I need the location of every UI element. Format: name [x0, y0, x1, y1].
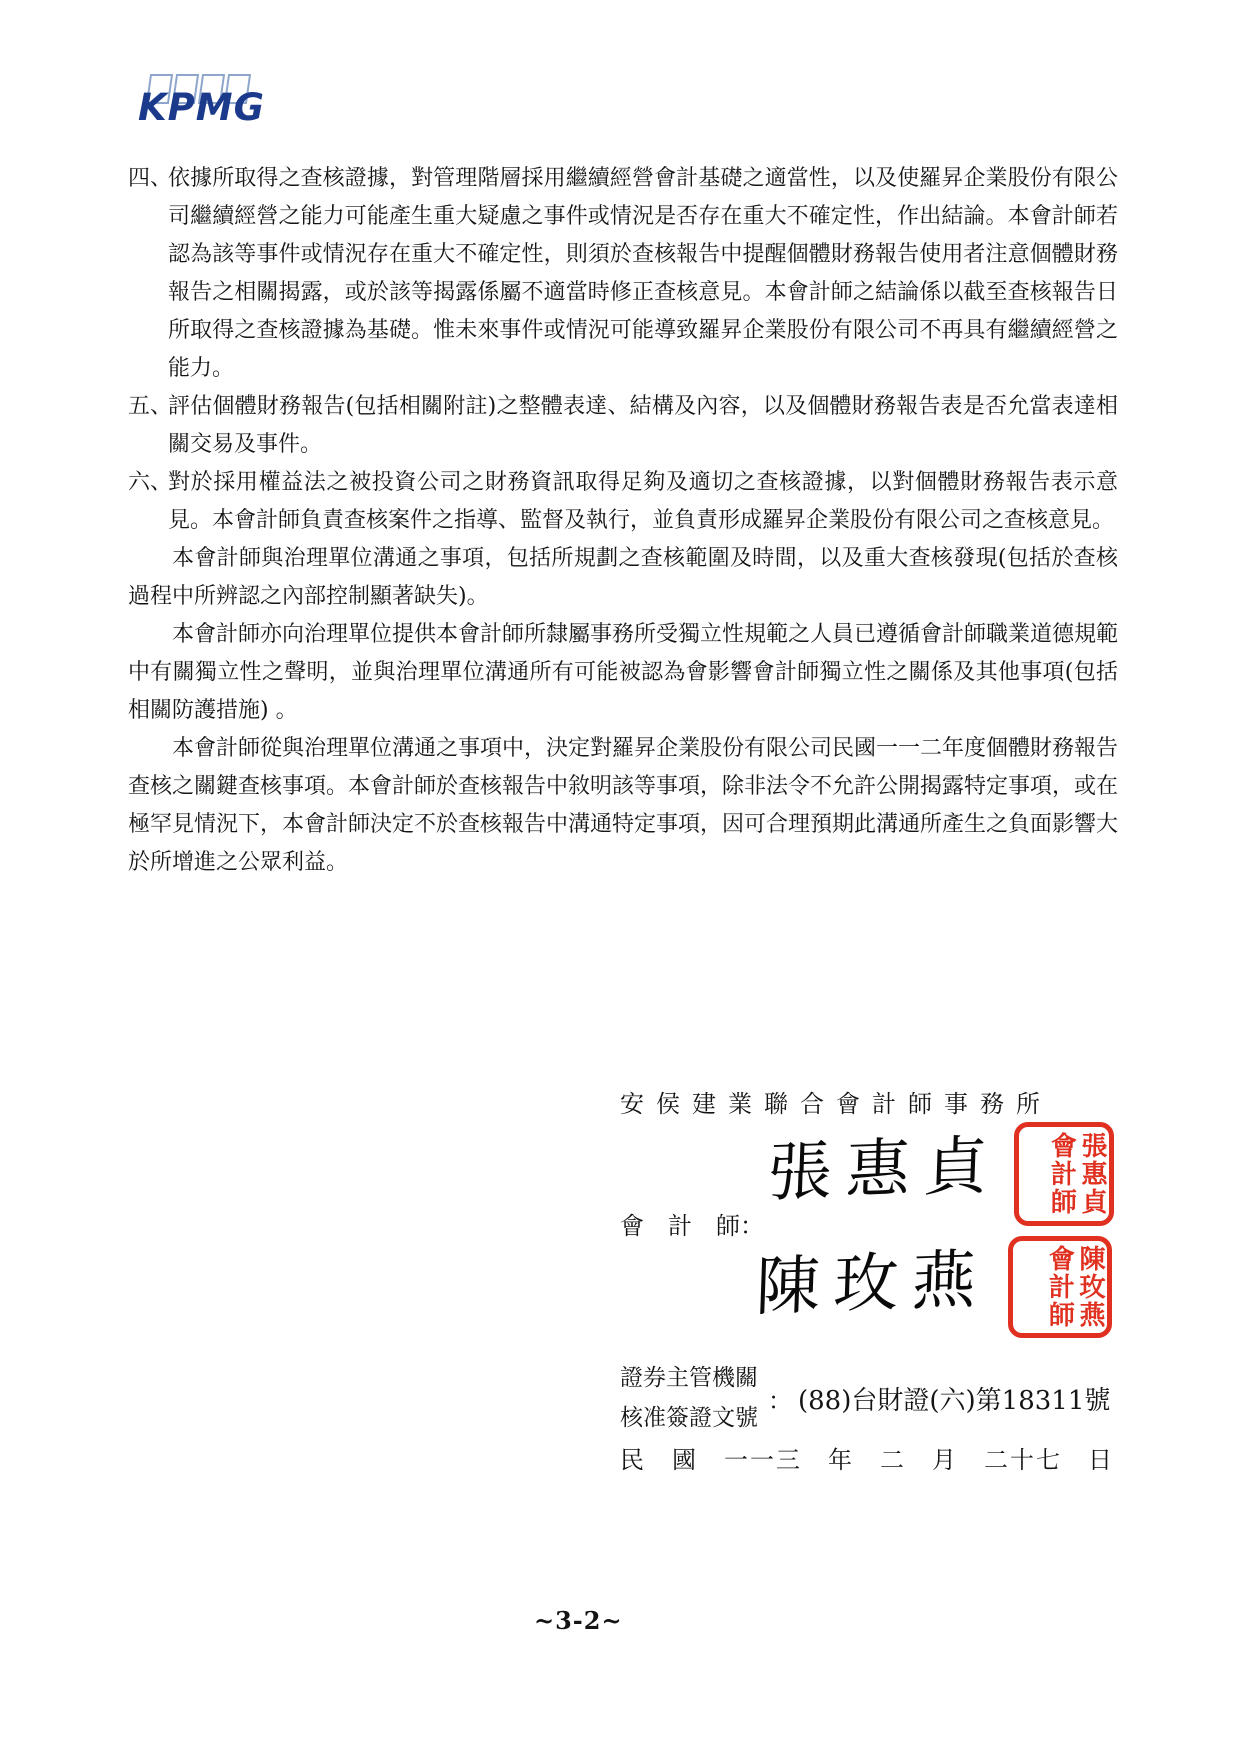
item-text: 對於採用權益法之被投資公司之財務資訊取得足夠及適切之查核證據，以對個體財務報告表… [168, 470, 1118, 533]
report-date: 民 國 一一三 年 二 月 二十七 日 [620, 1440, 1114, 1475]
signature-handwritten-1: 張惠貞 [766, 1114, 1003, 1214]
numbered-item-4: 四、 依據所取得之查核證據，對管理階層採用繼續經營會計基礎之適當性，以及使羅昇企… [128, 160, 1118, 388]
regulator-approval-label: 證券主管機關 核准簽證文號 [620, 1358, 758, 1438]
item-text: 評估個體財務報告(包括相關附註)之整體表達、結構及內容，以及個體財務報告表是否允… [168, 394, 1118, 457]
numbered-item-5: 五、 評估個體財務報告(包括相關附註)之整體表達、結構及內容，以及個體財務報告表… [128, 388, 1118, 464]
item-number: 六、 [128, 464, 172, 502]
red-seal-stamp-1: 張惠貞會計師 [1014, 1122, 1114, 1226]
approval-document-number: (88)台財證(六)第18311號 [798, 1380, 1110, 1417]
regulator-approval-row: 證券主管機關 核准簽證文號 ： (88)台財證(六)第18311號 [620, 1358, 1110, 1438]
item-number: 五、 [128, 388, 172, 426]
page-number: ~3-2~ [534, 1606, 623, 1635]
kpmg-logo: KPMG [138, 72, 318, 132]
paragraph-independence-statement: 本會計師亦向治理單位提供本會計師所隸屬事務所受獨立性規範之人員已遵循會計師職業道… [128, 616, 1118, 730]
regulator-label-line1: 證券主管機關 [620, 1358, 758, 1398]
kpmg-logo-text: KPMG [138, 86, 265, 129]
paragraph-governance-communication: 本會計師與治理單位溝通之事項，包括所規劃之查核範圍及時間，以及重大查核發現(包括… [128, 540, 1118, 616]
signature-handwritten-2: 陳玫燕 [754, 1228, 991, 1328]
paragraph-key-audit-matters: 本會計師從與治理單位溝通之事項中，決定對羅昇企業股份有限公司民國一一二年度個體財… [128, 730, 1118, 882]
report-body: 四、 依據所取得之查核證據，對管理階層採用繼續經營會計基礎之適當性，以及使羅昇企… [128, 160, 1118, 882]
accountant-label: 會 計 師： [620, 1206, 764, 1241]
document-page: KPMG 四、 依據所取得之查核證據，對管理階層採用繼續經營會計基礎之適當性，以… [0, 0, 1240, 1755]
regulator-colon: ： [768, 1381, 792, 1416]
numbered-item-6: 六、 對於採用權益法之被投資公司之財務資訊取得足夠及適切之查核證據，以對個體財務… [128, 464, 1118, 540]
item-text: 依據所取得之查核證據，對管理階層採用繼續經營會計基礎之適當性，以及使羅昇企業股份… [168, 166, 1118, 381]
red-seal-stamp-2: 陳玫燕會計師 [1008, 1236, 1112, 1338]
item-number: 四、 [128, 160, 172, 198]
regulator-label-line2: 核准簽證文號 [620, 1398, 758, 1438]
